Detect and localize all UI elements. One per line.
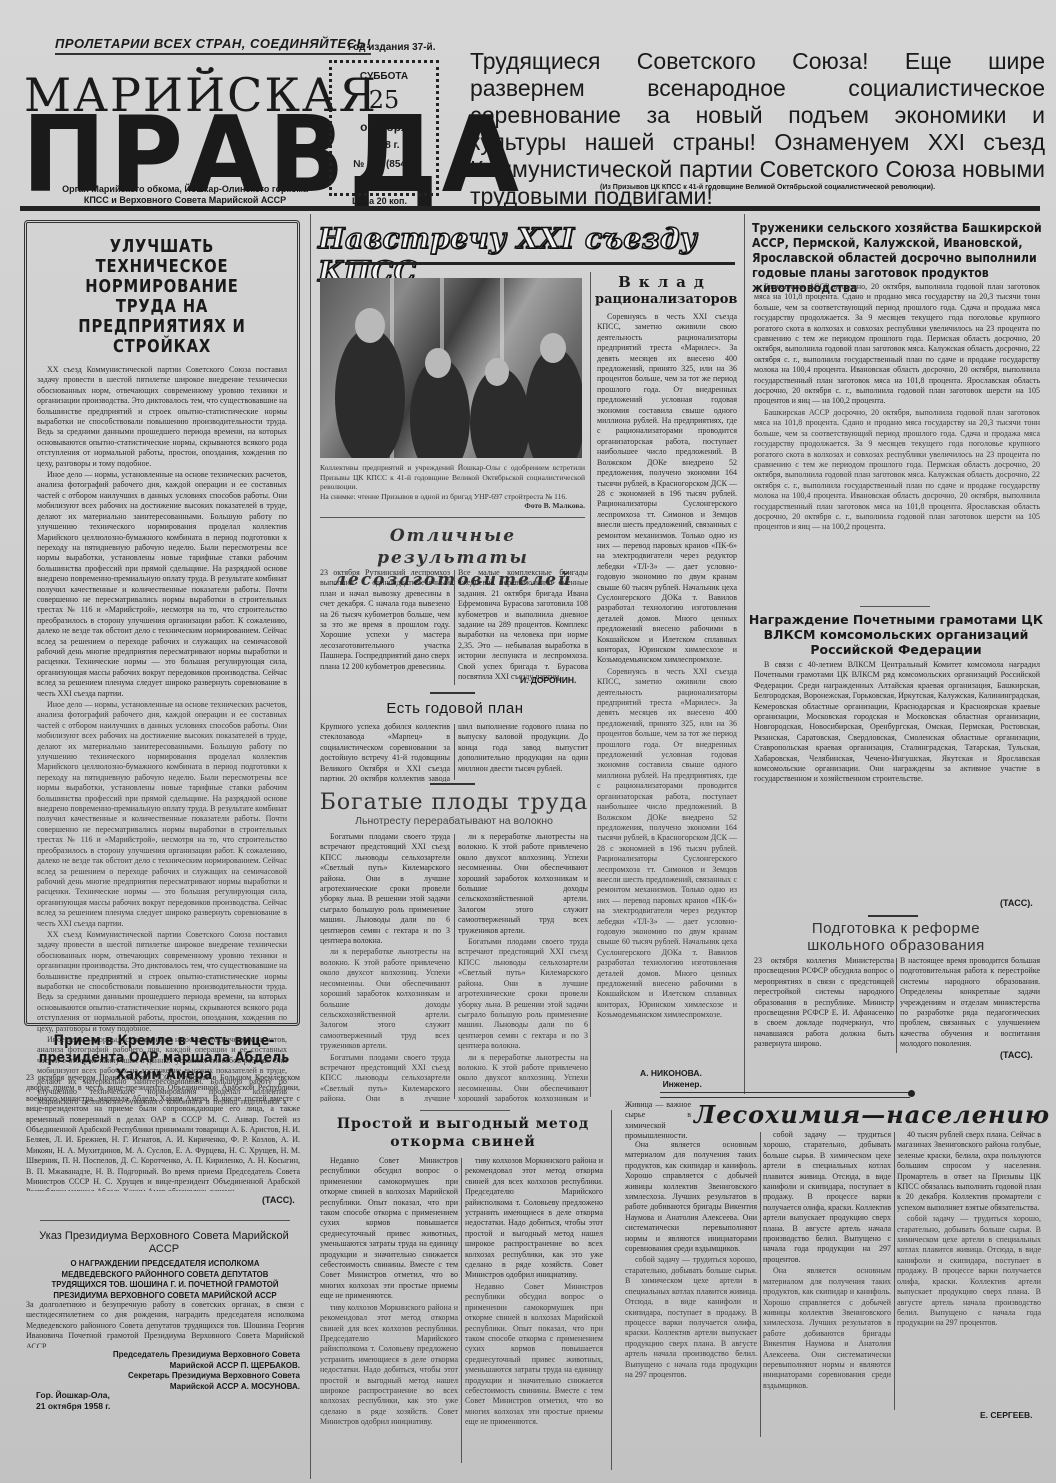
issue-year: 1958 г.	[332, 140, 436, 151]
article-body-livestock: Башкирская АССР досрочно, 20 октября, вы…	[754, 282, 1040, 600]
article-text-continued: Недавно Совет Министров республики обсуд…	[465, 1282, 603, 1428]
headline-ornament-dot	[908, 1090, 915, 1097]
masthead-divider	[20, 206, 1040, 211]
article-headline-school: Подготовка к реформе школьного образован…	[748, 920, 1044, 954]
year-of-issue: Год издания 37-й.	[348, 42, 435, 53]
article-column: тиву колхозов Моркинского района и реком…	[465, 1156, 603, 1466]
article-text-continued: ли к переработке льнотресты на волокно. …	[320, 947, 450, 1051]
photo-figure	[540, 333, 566, 363]
article-text: тиву колхозов Моркинского района и реком…	[465, 1156, 603, 1281]
article-text-continued: собой задачу — трудиться хорошо, старате…	[625, 1255, 757, 1380]
article-body-kremlin: 23 октября вечером Правительство СССР ус…	[26, 1073, 300, 1191]
article-headline-flax: Богатые плоды труда	[318, 790, 590, 815]
decree-place-date: Гор. Йошкар-Ола, 21 октября 1958 г.	[36, 1390, 110, 1411]
article-text-continued: Иное дело — нормы, установленные на осно…	[37, 700, 287, 929]
photo-figure	[335, 328, 405, 458]
article-text: Она является основным материалом для пол…	[625, 1140, 757, 1254]
article-text: ли к переработке льнотресты на волокно. …	[458, 832, 588, 936]
column-divider	[760, 1132, 761, 1437]
article-text-continued: ли к переработке льнотресты на волокно. …	[458, 1053, 588, 1102]
day-of-week: СУББОТА	[332, 71, 436, 82]
issue-month: октября	[332, 120, 436, 134]
section-divider	[868, 915, 918, 917]
article-column: 40 тысяч рублей сверх плана. Сейчас в ма…	[897, 1130, 1041, 1408]
headline-ornament	[660, 1092, 910, 1098]
column-divider	[590, 272, 591, 1097]
decree-body: За долголетнюю и безупречную работу в со…	[26, 1300, 304, 1348]
issue-number: № 211 (8548)	[332, 159, 436, 170]
news-photo	[320, 278, 582, 458]
signature-secretary: Секретарь Президиума Верховного Совета М…	[110, 1371, 300, 1392]
article-text: Иное дело — нормы, установленные на осно…	[37, 470, 287, 699]
article-text: Недавно Совет Министров республики обсуд…	[320, 1156, 458, 1302]
article-text: Башкирская АССР досрочно, 20 октября, вы…	[754, 282, 1040, 407]
article-column: 23 октября коллегия Министерства просвещ…	[754, 956, 894, 1056]
agency-credit: (ТАСС).	[1000, 898, 1033, 908]
article-text-continued: XX съезд Коммунистической партии Советск…	[37, 930, 287, 1034]
section-divider	[860, 606, 930, 607]
article-text: 40 тысяч рублей сверх плана. Сейчас в ма…	[897, 1130, 1041, 1213]
party-motto: ПРОЛЕТАРИИ ВСЕХ СТРАН, СОЕДИНЯЙТЕСЬ!	[55, 36, 371, 55]
article-text-continued: Соревнуясь в честь XXI съезда КПСС, заме…	[597, 667, 737, 1021]
article-column: Она является основным материалом для пол…	[625, 1140, 757, 1440]
banner-underline	[345, 262, 735, 265]
agency-credit: (ТАСС).	[262, 1195, 295, 1205]
article-body-komsomol: В связи с 40-летием ВЛКСМ Центральный Ко…	[754, 660, 1040, 902]
decree-signatures: Председатель Президиума Верховного Совет…	[110, 1350, 300, 1392]
article-author: И. ДОРОНИН.	[520, 675, 576, 685]
publisher-line: Орган Марийского обкома, Йошкар-Олинског…	[55, 184, 315, 206]
slogan-source: (Из Призывов ЦК КПСС к 41-й годовщине Ве…	[600, 184, 935, 191]
article-technical-norms: УЛУЧШАТЬ ТЕХНИЧЕСКОЕ НОРМИРОВАНИЕ ТРУДА …	[24, 220, 300, 1026]
column-divider	[461, 1158, 462, 1463]
article-headline-innovators: Вклад рационализаторов	[595, 274, 735, 308]
article-text-continued: Богатыми плодами своего труда встречают …	[458, 937, 588, 1051]
headline-line: Вклад	[595, 274, 735, 291]
column-divider	[894, 1132, 895, 1410]
issue-date-box: СУББОТА 25 октября 1958 г. № 211 (8548)	[329, 60, 439, 196]
article-author: Е. СЕРГЕЕВ.	[980, 1410, 1033, 1420]
article-column: Недавно Совет Министров республики обсуд…	[320, 1156, 458, 1466]
article-text-continued: собой задачу — трудиться хорошо, старате…	[897, 1214, 1041, 1328]
photo-figure	[485, 358, 509, 386]
column-divider	[310, 214, 311, 1479]
issue-price: Цена 20 коп.	[352, 196, 407, 206]
headline-line: Подготовка к реформе	[748, 920, 1044, 937]
decree-place: Гор. Йошкар-Ола,	[36, 1390, 110, 1401]
article-body: XX съезд Коммунистической партии Советск…	[37, 365, 287, 1105]
article-author: А. НИКОНОВА. Инженер.	[640, 1068, 702, 1090]
article-column: В настоящее время проводится большая под…	[900, 956, 1040, 1048]
article-text-continued: Она является основным материалом для пол…	[763, 1266, 891, 1391]
article-text: собой задачу — трудиться хорошо, старате…	[763, 1130, 891, 1265]
newspaper-page: ПРОЛЕТАРИИ ВСЕХ СТРАН, СОЕДИНЯЙТЕСЬ! МАР…	[0, 0, 1056, 1483]
article-text-continued: Богатыми плодами своего труда встречают …	[320, 1053, 450, 1102]
article-headline-forest-chemistry: Лесохимия—населению	[694, 1100, 1050, 1129]
photo-credit: Фото В. Малкова.	[320, 501, 585, 511]
section-divider	[430, 692, 475, 694]
article-column: собой задачу — трудиться хорошо, старате…	[763, 1130, 891, 1440]
article-headline: УЛУЧШАТЬ ТЕХНИЧЕСКОЕ НОРМИРОВАНИЕ ТРУДА …	[56, 237, 268, 357]
article-text: В связи с 40-летием ВЛКСМ Центральный Ко…	[754, 660, 1040, 785]
signature-chairman: Председатель Президиума Верховного Совет…	[110, 1350, 300, 1371]
photo-caption: Коллективы предприятий и учреждений Йошк…	[320, 463, 585, 511]
article-text-continued: Башкирская АССР досрочно, 20 октября, вы…	[754, 408, 1040, 533]
article-column: шил выполнение годового плана по выпуску…	[458, 722, 588, 782]
column-divider	[744, 214, 745, 1094]
column-divider	[454, 570, 455, 685]
article-text: Богатыми плодами своего труда встречают …	[320, 832, 450, 946]
decree-title: Указ Президиума Верховного Совета Марийс…	[24, 1230, 304, 1256]
decree-date: 21 октября 1958 г.	[36, 1401, 110, 1412]
article-body-innovators: Соревнуясь в честь XXI съезда КПСС, заме…	[597, 312, 737, 1052]
article-text-continued: тиву колхозов Моркинского района и реком…	[320, 1303, 458, 1428]
article-intro: Живица — важное сырье в химической промы…	[625, 1100, 691, 1140]
author-role: Инженер.	[640, 1079, 702, 1090]
photo-figure	[525, 348, 582, 458]
column-divider	[454, 834, 455, 1099]
section-divider	[420, 1110, 510, 1111]
article-column: ли к переработке льнотресты на волокно. …	[458, 832, 588, 1102]
headline-line: школьного образования	[748, 937, 1044, 954]
photo-figure	[425, 348, 451, 378]
issue-day: 25	[332, 86, 436, 114]
column-divider	[611, 1110, 612, 1470]
article-column: Богатыми плодами своего труда встречают …	[320, 832, 450, 1102]
author-name: А. НИКОНОВА.	[640, 1068, 702, 1079]
article-headline-annual-plan: Есть годовой план	[320, 700, 590, 717]
column-divider	[896, 958, 897, 1053]
article-headline-pigs: Простой и выгодный метод откорма свиней	[318, 1115, 608, 1151]
column-divider	[454, 724, 455, 780]
article-column: 23 октября Руткинский леспромхоз выполни…	[320, 568, 450, 688]
article-text: Соревнуясь в честь XXI съезда КПСС, заме…	[597, 312, 737, 666]
agency-credit: (ТАСС).	[1000, 1050, 1033, 1060]
photo-caption-text: Коллективы предприятий и учреждений Йошк…	[320, 463, 585, 492]
article-subheadline-flax: Льнотресту перерабатывают на волокно	[318, 815, 590, 827]
headline-line: рационализаторов	[595, 291, 735, 308]
article-column: Все малые комплексные бригады ежедневно …	[458, 568, 588, 686]
article-lead: XX съезд Коммунистической партии Советск…	[37, 365, 287, 469]
section-divider	[40, 1220, 290, 1221]
section-divider	[430, 783, 475, 785]
decree-subtitle: О НАГРАЖДЕНИИ ПРЕДСЕДАТЕЛЯ ИСПОЛКОМА МЕД…	[41, 1258, 289, 1300]
photo-caption-detail: На снимке: чтение Призывов в одной из бр…	[320, 492, 585, 502]
photo-figure	[355, 308, 385, 343]
article-column: Крупного успеха добился коллектив стекло…	[320, 722, 450, 782]
article-headline-komsomol: Награждение Почетными грамотами ЦК ВЛКСМ…	[748, 612, 1044, 657]
section-divider	[320, 517, 585, 518]
